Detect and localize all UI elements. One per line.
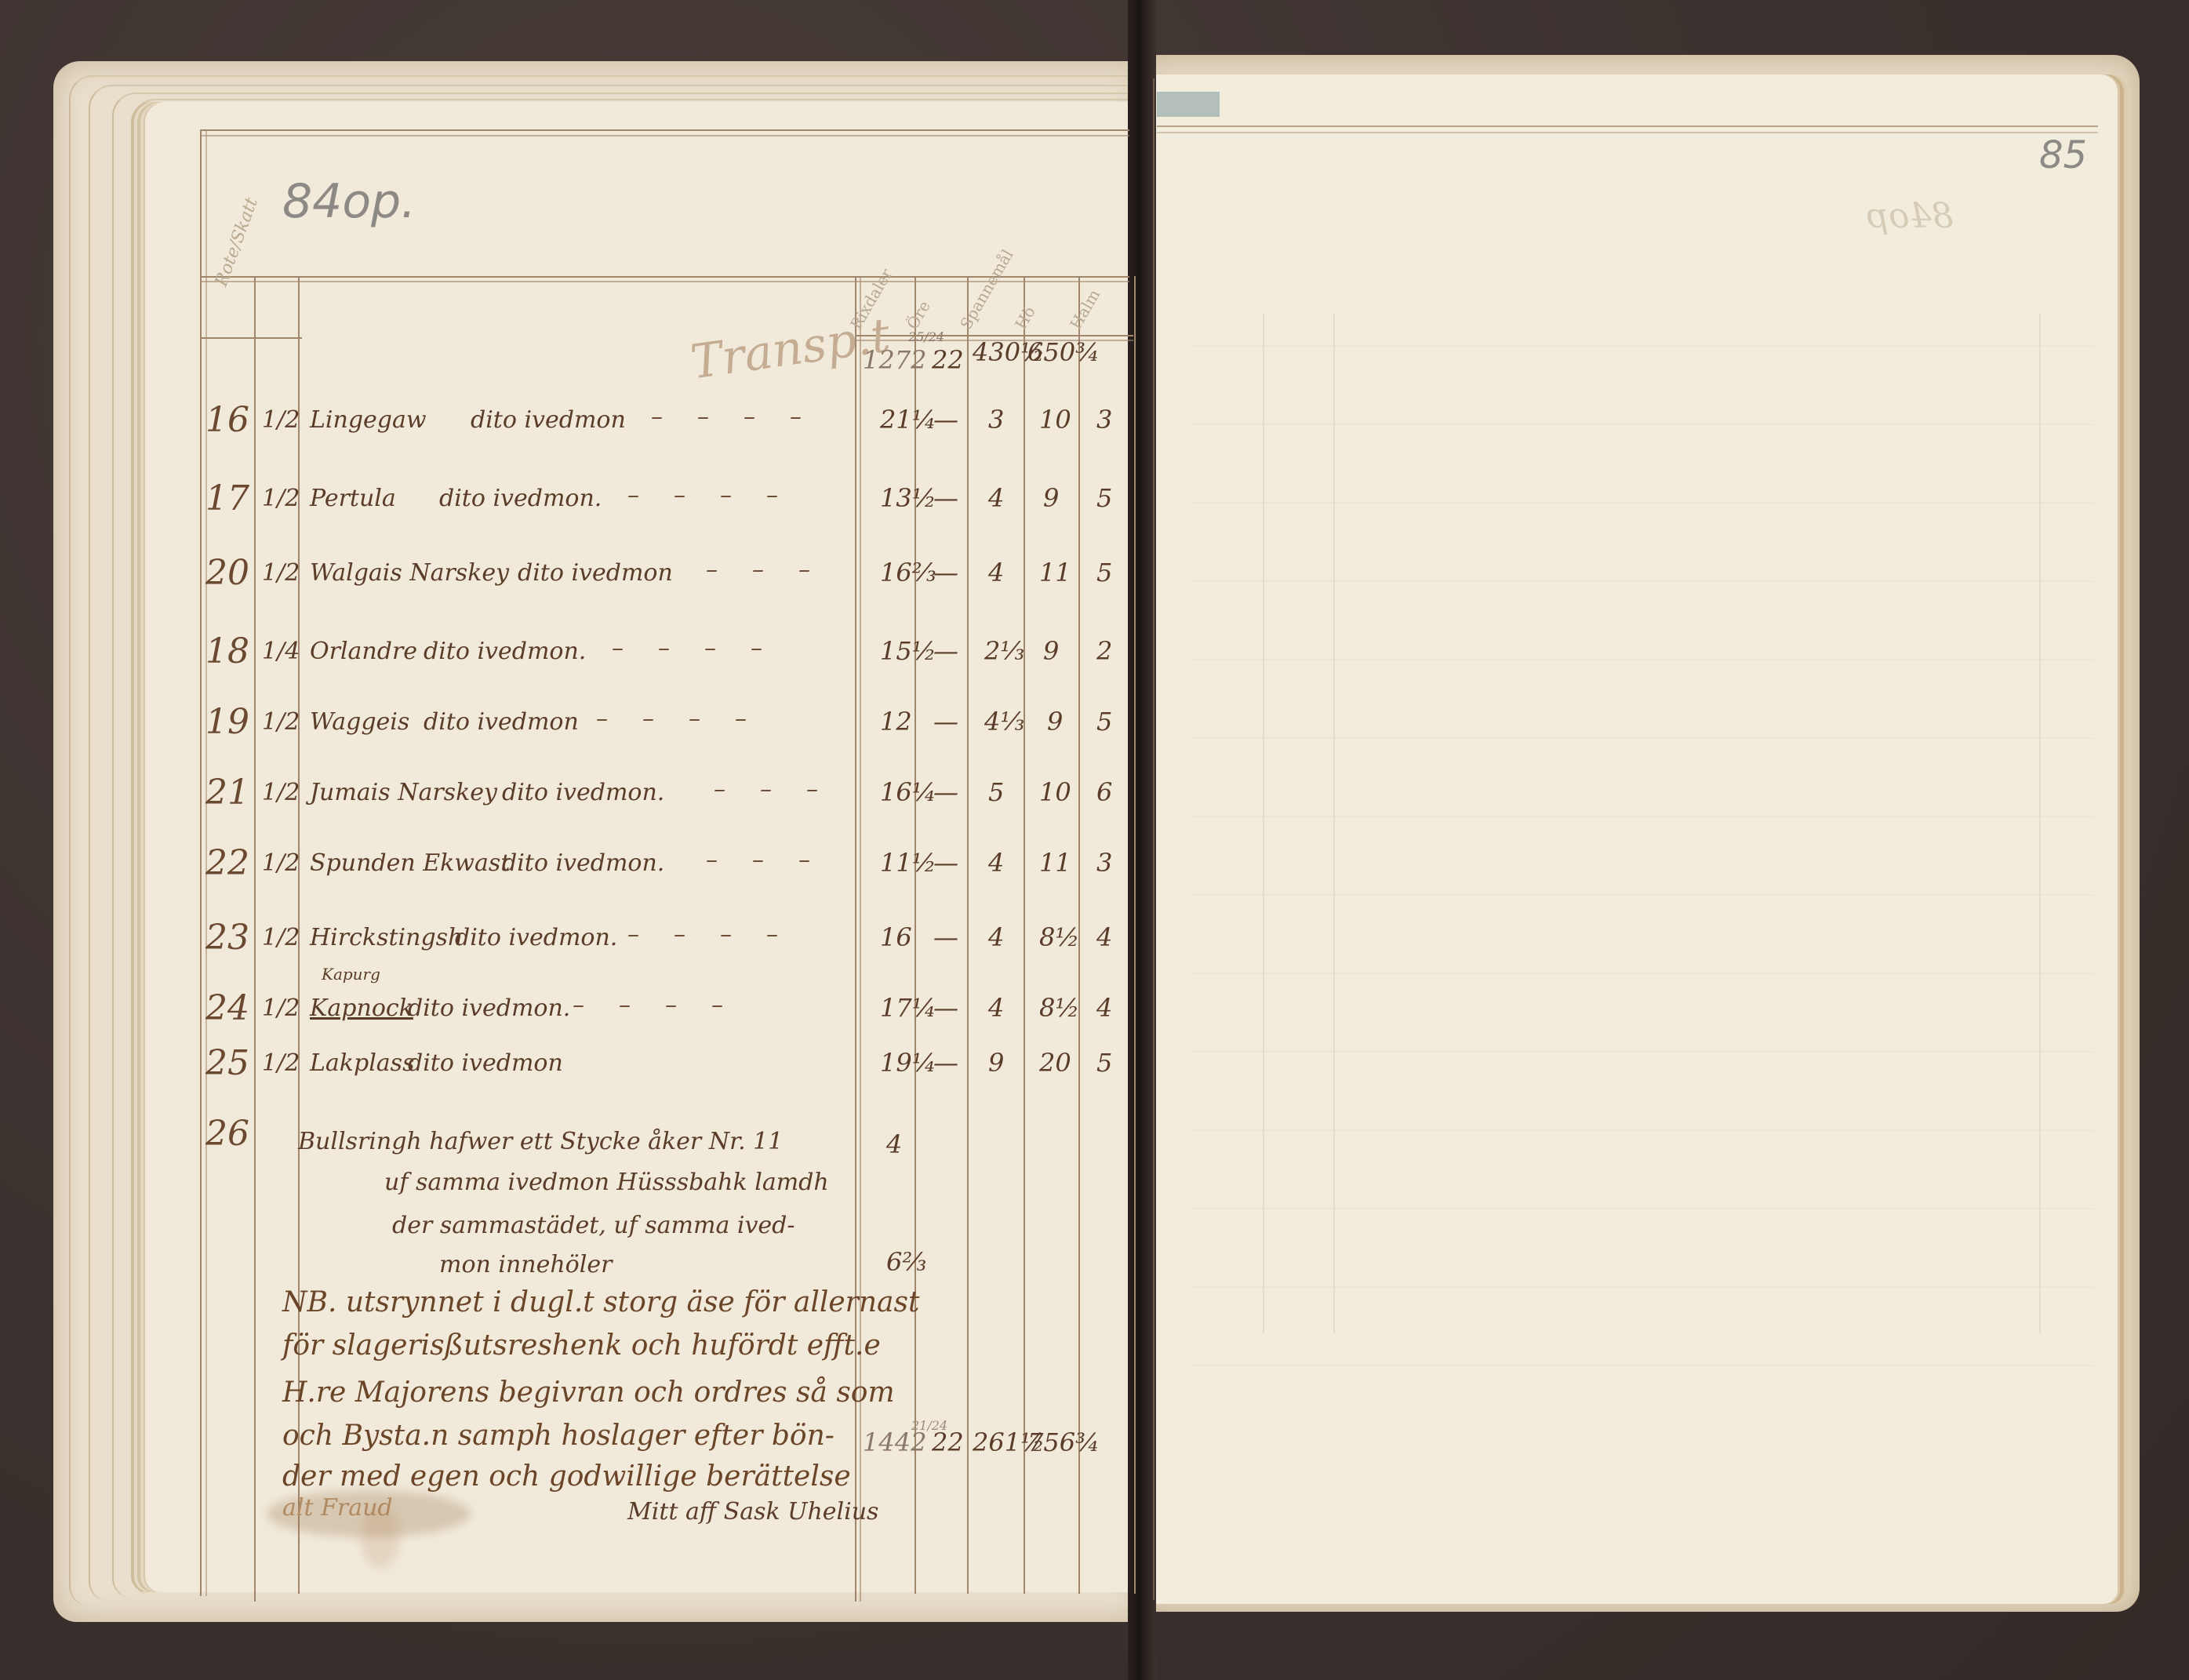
- row-c4: 8½: [1039, 922, 1079, 952]
- row-number: 22: [205, 843, 249, 883]
- row-c2: —: [933, 993, 958, 1023]
- row-share: 1/2: [262, 849, 300, 877]
- row-number: 18: [205, 631, 249, 671]
- row-c5: 5: [1096, 1048, 1112, 1078]
- row-c2: —: [933, 1048, 958, 1078]
- row-c3: 4⅓: [984, 707, 1024, 736]
- row-c2: —: [933, 777, 958, 807]
- row-c1: 11½: [880, 848, 936, 878]
- carried-col4: 650¾: [1027, 337, 1100, 367]
- row-name: Walgais Narskey: [310, 559, 509, 587]
- row-c5: 3: [1096, 848, 1112, 878]
- book-spine: [1128, 0, 1156, 1680]
- row-c1: 12: [880, 707, 912, 736]
- row-c1: 16⅔: [880, 558, 936, 587]
- row-c5: 4: [1096, 993, 1112, 1023]
- row-c5: 5: [1096, 707, 1112, 736]
- row-26-line: uf samma ivedmon Hüsssbahk lamdh: [384, 1169, 829, 1196]
- row-desc: dito ivedmon.: [424, 638, 586, 665]
- row-c3: 3: [988, 405, 1004, 435]
- signature: Mitt aff Sask Uhelius: [627, 1498, 878, 1525]
- row-c1: 16: [880, 922, 912, 952]
- row-number: 23: [205, 918, 249, 958]
- row-c1: 17¼: [880, 993, 936, 1023]
- nota-line: NB. utsrynnet i dugl.t storg äse för all…: [282, 1286, 919, 1318]
- row-c3: 4: [988, 993, 1004, 1023]
- row-c1: 13½: [880, 483, 936, 513]
- row-c1: 19¼: [880, 1048, 936, 1078]
- row-number: 24: [205, 988, 249, 1028]
- nota-line: H.re Majorens begivran och ordres så som: [282, 1376, 895, 1409]
- row-desc: dito ivedmon: [518, 559, 673, 587]
- row-share: 1/2: [262, 924, 300, 951]
- row-c2: —: [933, 922, 958, 952]
- row-share: 1/2: [262, 406, 300, 434]
- row-c5: 5: [1096, 558, 1112, 587]
- row-c4: 9: [1043, 483, 1059, 513]
- row-c1: 15½: [880, 636, 936, 666]
- row-c3: 4: [988, 848, 1004, 878]
- row-share: 1/2: [262, 708, 300, 736]
- row-name: Lingegaw: [310, 406, 427, 434]
- row-desc: dito ivedmon: [408, 1049, 563, 1077]
- row-desc: dito ivedmon.: [502, 779, 664, 806]
- row-desc: dito ivedmon.: [439, 485, 602, 512]
- row-number: 20: [205, 553, 249, 593]
- row-desc: dito ivedmon: [424, 708, 579, 736]
- row-name: Jumais Narskey: [310, 779, 497, 806]
- row-26-line: Bullsringh hafwer ett Stycke åker Nr. 11: [298, 1128, 783, 1155]
- row-name: Waggeis: [310, 708, 409, 736]
- row-number: 21: [205, 773, 249, 813]
- page-number: 85: [2039, 133, 2087, 177]
- row-c2: —: [933, 483, 958, 513]
- row-name: Kapnock: [310, 995, 413, 1022]
- row-c1: 16¼: [880, 777, 936, 807]
- row-c1: 21¼: [880, 405, 936, 435]
- row-c3: 2⅓: [984, 636, 1024, 666]
- pencil-folio-number: 84op.: [282, 174, 416, 229]
- row-c5: 3: [1096, 405, 1112, 435]
- row-c5: 6: [1096, 777, 1112, 807]
- row-c2: —: [933, 558, 958, 587]
- row-desc: dito ivedmon.: [408, 995, 570, 1022]
- row-26-line: der sammastädet, uf samma ived-: [392, 1212, 795, 1239]
- carried-col1-fraction: 25/24: [908, 329, 944, 344]
- row-number: 19: [205, 702, 249, 742]
- row-c5: 2: [1096, 636, 1112, 666]
- row-name: Pertula: [310, 485, 396, 512]
- row-number: 25: [205, 1043, 249, 1083]
- left-page: [145, 102, 1133, 1592]
- row-desc: dito ivedmon.: [502, 849, 664, 877]
- row-number: 16: [205, 400, 249, 440]
- row-c3: 4: [988, 558, 1004, 587]
- row-c4: 10: [1039, 405, 1071, 435]
- nota-line: der med egen och godwillige berättelse: [282, 1460, 851, 1493]
- row-c4: 8½: [1039, 993, 1079, 1023]
- row-26-value: 4: [886, 1129, 902, 1159]
- row-name: Lakplass: [310, 1049, 414, 1077]
- row-share: 1/2: [262, 995, 300, 1022]
- carried-col1: 1272: [863, 345, 926, 375]
- row-share: 1/4: [262, 638, 300, 665]
- total-col4: 756¾: [1027, 1427, 1100, 1457]
- row-name: Hirckstingsh: [310, 924, 463, 951]
- row-c2: —: [933, 707, 958, 736]
- total-col2: 22: [932, 1427, 964, 1457]
- row-c4: 9: [1043, 636, 1059, 666]
- row-name: Spunden Ekwast: [310, 849, 510, 877]
- row-c2: —: [933, 848, 958, 878]
- nota-line: för slagerisßutsreshenk och hufördt efft…: [282, 1329, 881, 1362]
- row-c2: —: [933, 405, 958, 435]
- row-desc: dito ivedmon: [471, 406, 626, 434]
- carried-col2: 22: [932, 345, 964, 375]
- row-26-value: 6⅔: [886, 1247, 926, 1277]
- row-26-line: mon innehöler: [439, 1251, 612, 1278]
- row-c4: 9: [1047, 707, 1063, 736]
- row-c3: 4: [988, 922, 1004, 952]
- row-c4: 11: [1039, 848, 1071, 878]
- row-c4: 20: [1039, 1048, 1071, 1078]
- row-share: 1/2: [262, 1049, 300, 1077]
- row-desc: dito ivedmon.: [455, 924, 617, 951]
- row-c4: 11: [1039, 558, 1071, 587]
- bleed-through-folio: 84op: [1867, 196, 1954, 236]
- row-c3: 9: [988, 1048, 1004, 1078]
- row-share: 1/2: [262, 559, 300, 587]
- row-share: 1/2: [262, 779, 300, 806]
- row-share: 1/2: [262, 485, 300, 512]
- row-c3: 4: [988, 483, 1004, 513]
- row-c2: —: [933, 636, 958, 666]
- row-number: 26: [205, 1114, 249, 1154]
- blue-paper-tab: [1157, 92, 1220, 117]
- row-c4: 10: [1039, 777, 1071, 807]
- nota-line: och Bysta.n samph hoslager efter bön-: [282, 1420, 835, 1452]
- row-c5: 5: [1096, 483, 1112, 513]
- row-number: 17: [205, 478, 249, 518]
- row-c3: 5: [988, 777, 1004, 807]
- row-c5: 4: [1096, 922, 1112, 952]
- row-name: Orlandre: [310, 638, 417, 665]
- row-name-correction: Kapurg: [322, 965, 380, 984]
